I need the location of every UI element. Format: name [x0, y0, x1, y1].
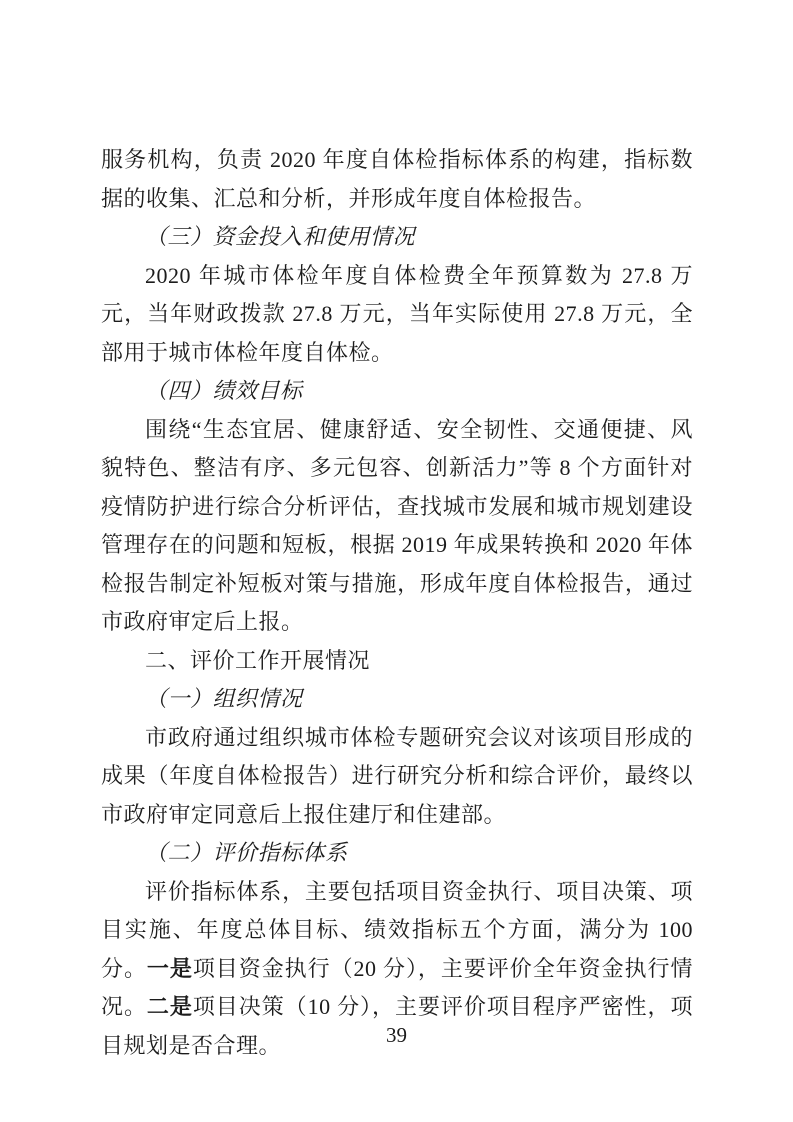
- subsection-heading-funding-usage: （三）资金投入和使用情况: [101, 218, 693, 257]
- page-footer: 39: [0, 1020, 793, 1050]
- page-content: 服务机构，负责 2020 年度自体检指标体系的构建，指标数据的收集、汇总和分析，…: [101, 141, 693, 1065]
- subsection-heading-indicator-system: （二）评价指标体系: [101, 834, 693, 873]
- paragraph-funding-usage: 2020 年城市体检年度自体检费全年预算数为 27.8 万元，当年财政拨款 27…: [101, 257, 693, 373]
- paragraph-continuation: 服务机构，负责 2020 年度自体检指标体系的构建，指标数据的收集、汇总和分析，…: [101, 141, 693, 218]
- document-page: 服务机构，负责 2020 年度自体检指标体系的构建，指标数据的收集、汇总和分析，…: [0, 0, 793, 1122]
- paragraph-performance-goals: 围绕“生态宜居、健康舒适、安全韧性、交通便捷、风貌特色、整洁有序、多元包容、创新…: [101, 411, 693, 642]
- page-number: 39: [386, 1023, 407, 1047]
- subsection-heading-organization: （一）组织情况: [101, 680, 693, 719]
- paragraph-organization: 市政府通过组织城市体检专题研究会议对该项目形成的成果（年度自体检报告）进行研究分…: [101, 719, 693, 835]
- subsection-heading-performance-goals: （四）绩效目标: [101, 372, 693, 411]
- emphasis-run-first-point: 一是: [147, 956, 193, 981]
- section-heading-evaluation-work: 二、评价工作开展情况: [101, 642, 693, 681]
- emphasis-run-second-point: 二是: [147, 994, 193, 1019]
